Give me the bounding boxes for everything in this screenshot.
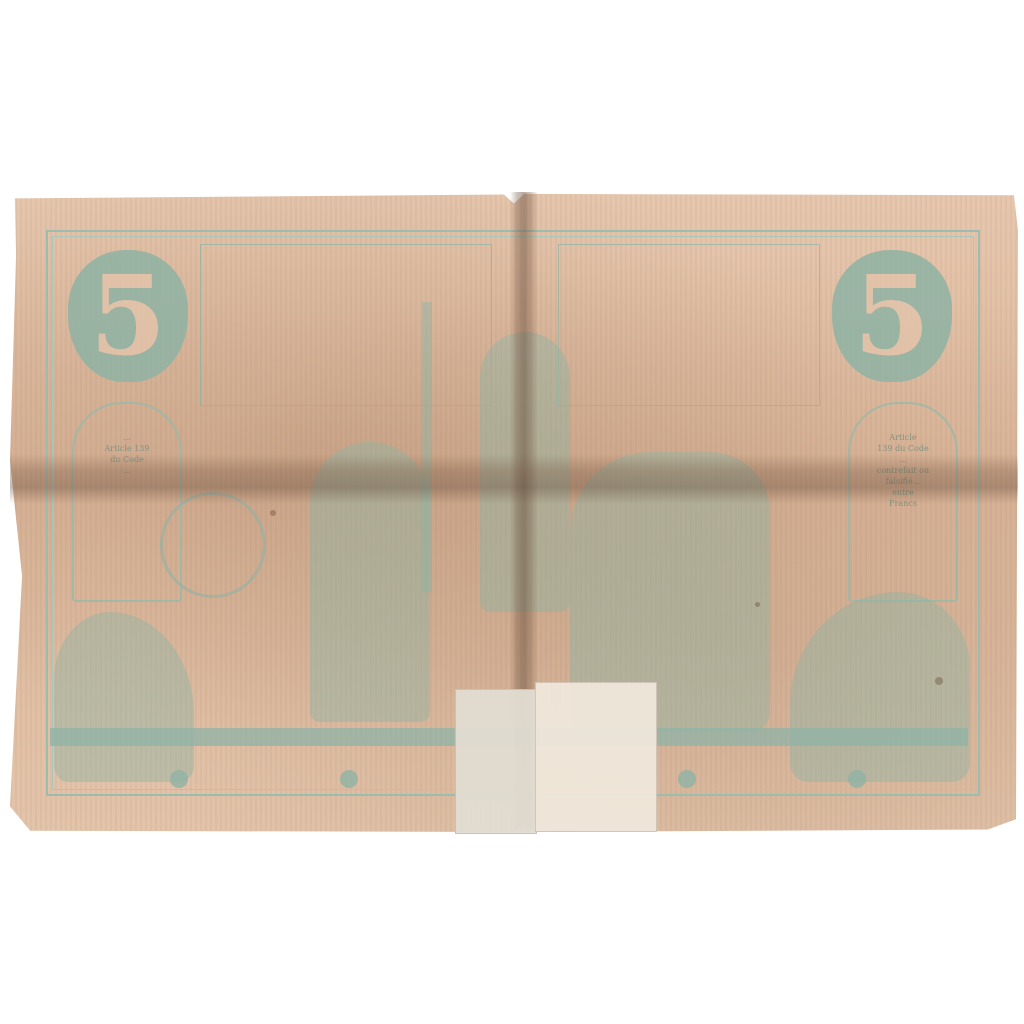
banknote: 5 5 ... Article 139 du Code ... Article … [10,192,1018,832]
rosette [848,770,866,788]
text-line: Article 139 [105,443,150,454]
tape-repair-left [455,689,537,834]
ornament-panel-left [200,244,492,406]
text-line: 139 du Code [877,443,928,454]
text-line: ... [123,432,131,443]
denomination-right: 5 [854,261,931,371]
stain [935,677,943,685]
horizontal-fold [10,454,1018,504]
stain [755,602,760,607]
stain [270,510,276,516]
text-line: Article [889,432,916,443]
denomination-medallion-left: 5 [68,250,188,382]
denomination-left: 5 [90,261,167,371]
tape-repair-right [535,682,657,832]
wheel-figure [160,492,266,598]
denomination-medallion-right: 5 [832,250,952,382]
ornament-panel-right [558,244,820,406]
rosette [340,770,358,788]
rosette [170,770,188,788]
rosette [678,770,696,788]
